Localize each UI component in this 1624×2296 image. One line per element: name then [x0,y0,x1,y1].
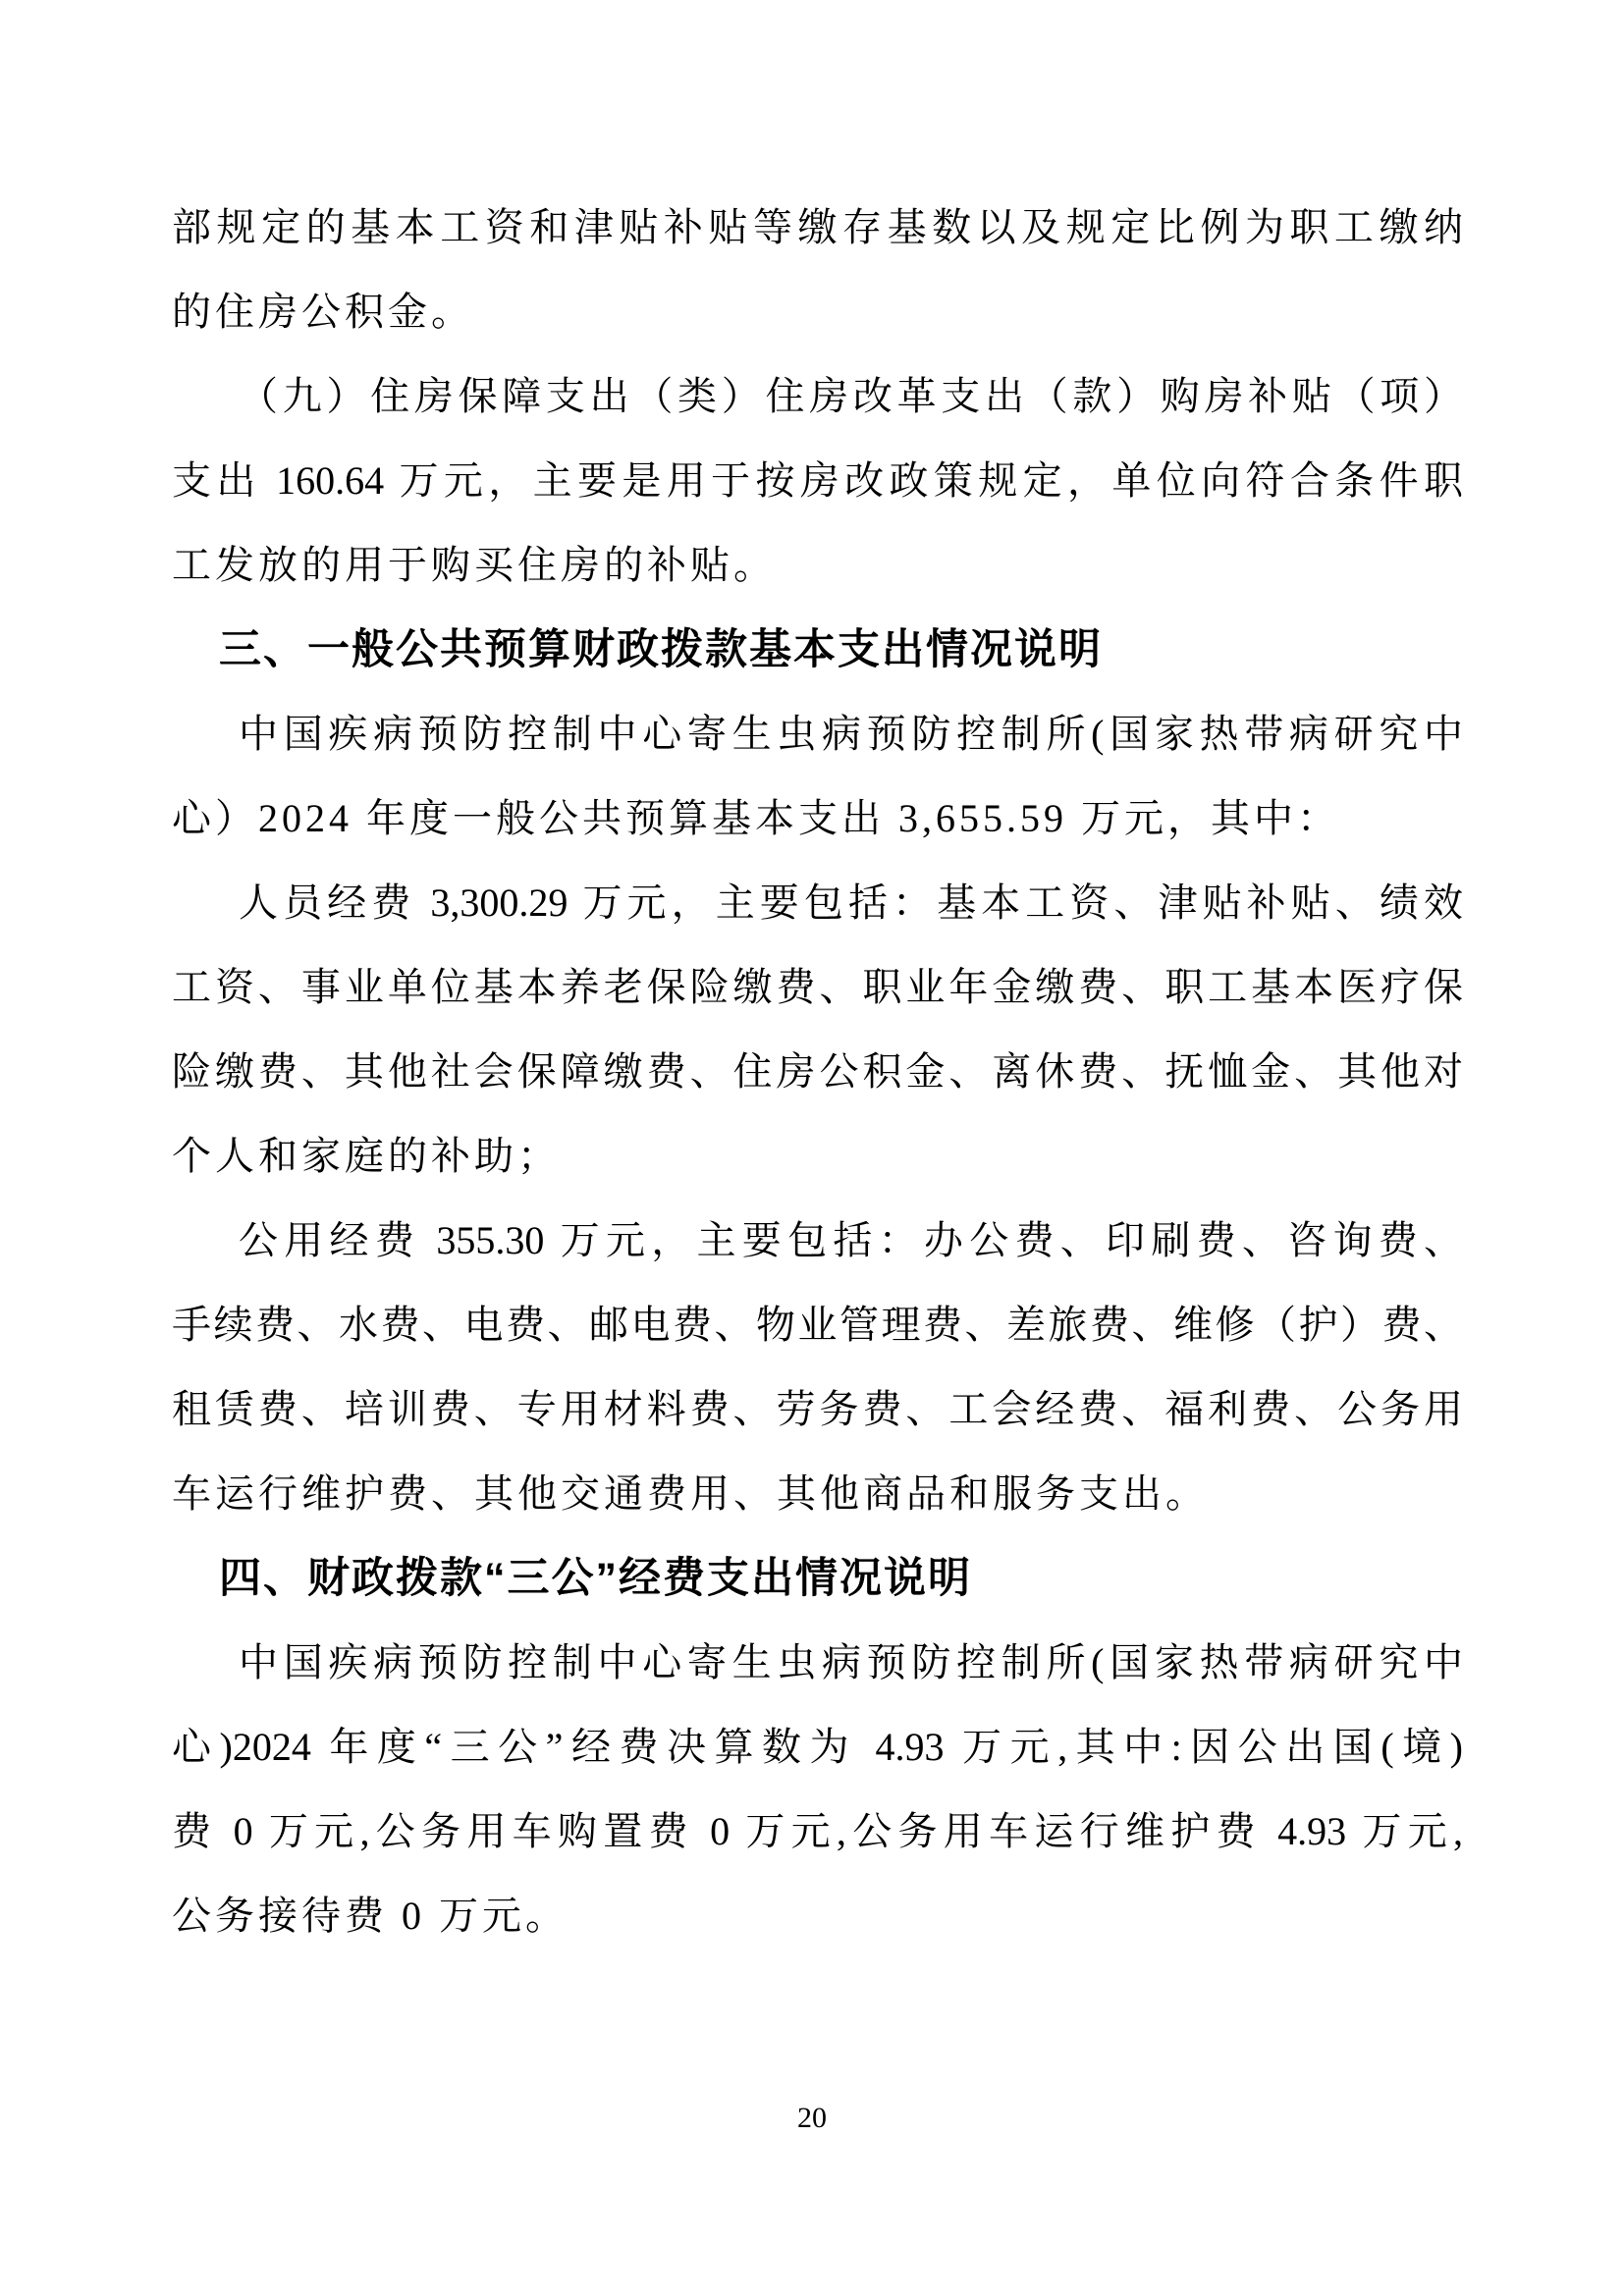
paragraph-line: 支出 160.64 万元，主要是用于按房改政策规定，单位向符合条件职 [172,439,1463,523]
heading-section-3: 三、一般公共预算财政拨款基本支出情况说明 [172,608,1463,692]
page-number: 20 [0,2099,1624,2138]
paragraph-line: 个人和家庭的补助； [172,1114,1463,1199]
paragraph-line: 车运行维护费、其他交通费用、其他商品和服务支出。 [172,1452,1463,1536]
document-body: 部规定的基本工资和津贴补贴等缴存基数以及规定比例为职工缴纳 的住房公积金。 （九… [172,186,1463,1958]
paragraph-line: 公用经费 355.30 万元，主要包括：办公费、印刷费、咨询费、 [172,1199,1463,1283]
paragraph-line: 中国疾病预防控制中心寄生虫病预防控制所(国家热带病研究中 [172,1621,1463,1705]
paragraph-line: 费 0 万元,公务用车购置费 0 万元,公务用车运行维护费 4.93 万元, [172,1789,1463,1874]
paragraph-line: 手续费、水费、电费、邮电费、物业管理费、差旅费、维修（护）费、 [172,1283,1463,1367]
document-page: 部规定的基本工资和津贴补贴等缴存基数以及规定比例为职工缴纳 的住房公积金。 （九… [0,0,1624,2296]
paragraph-line: 租赁费、培训费、专用材料费、劳务费、工会经费、福利费、公务用 [172,1367,1463,1452]
paragraph-line: 心）2024 年度一般公共预算基本支出 3,655.59 万元，其中： [172,776,1463,861]
paragraph-line: 工发放的用于购买住房的补贴。 [172,523,1463,608]
heading-section-4: 四、财政拨款“三公”经费支出情况说明 [172,1536,1463,1621]
paragraph-line: 工资、事业单位基本养老保险缴费、职业年金缴费、职工基本医疗保 [172,945,1463,1030]
paragraph-line: 部规定的基本工资和津贴补贴等缴存基数以及规定比例为职工缴纳 [172,186,1463,270]
paragraph-line: 险缴费、其他社会保障缴费、住房公积金、离休费、抚恤金、其他对 [172,1030,1463,1114]
paragraph-line: 公务接待费 0 万元。 [172,1874,1463,1958]
paragraph-line: 心)2024 年度“三公”经费决算数为 4.93 万元,其中:因公出国(境) [172,1705,1463,1789]
paragraph-line: 的住房公积金。 [172,270,1463,354]
paragraph-line: 人员经费 3,300.29 万元，主要包括：基本工资、津贴补贴、绩效 [172,861,1463,945]
paragraph-line: （九）住房保障支出（类）住房改革支出（款）购房补贴（项） [172,354,1463,439]
paragraph-line: 中国疾病预防控制中心寄生虫病预防控制所(国家热带病研究中 [172,692,1463,776]
